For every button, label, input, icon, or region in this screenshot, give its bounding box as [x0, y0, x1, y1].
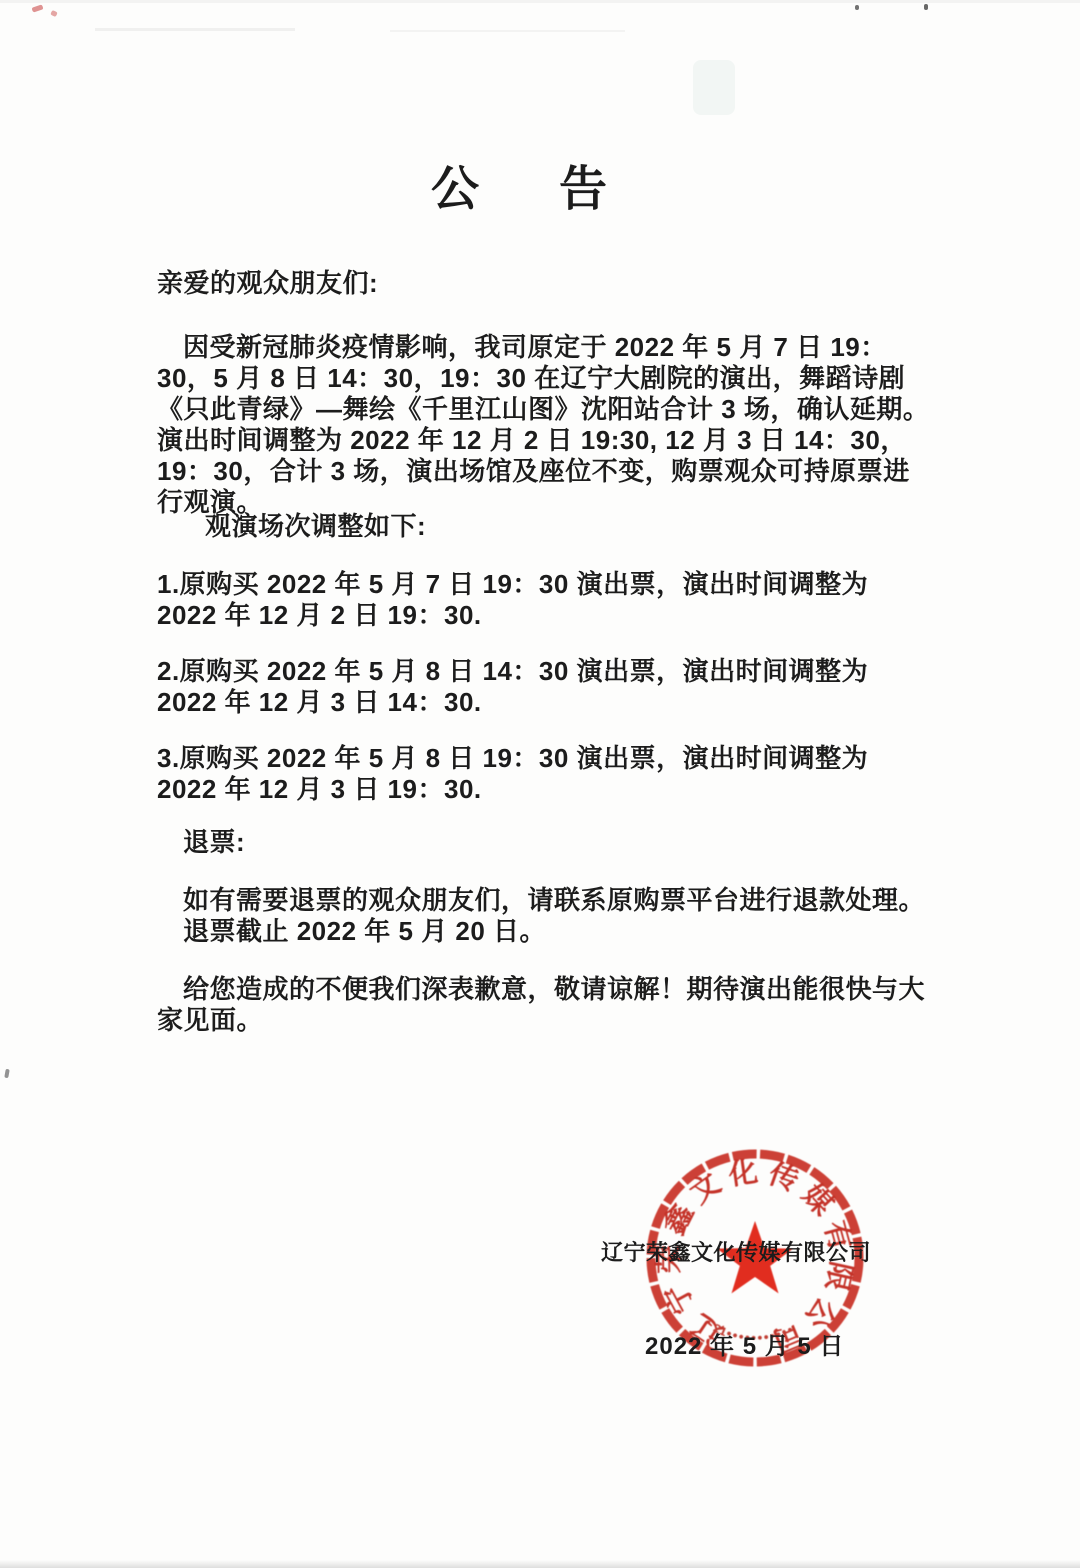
apology-line: 给您造成的不便我们深表歉意，敬请谅解！期待演出能很快与大家见面。 — [157, 974, 935, 1036]
schedule-intro-line: 观演场次调整如下: — [157, 511, 935, 542]
scan-speck-red — [31, 4, 43, 12]
scan-smudge — [693, 60, 735, 115]
scan-speck-red — [50, 10, 58, 17]
document-page: 公 告 亲爱的观众朋友们: 因受新冠肺炎疫情影响，我司原定于 2022 年 5 … — [0, 0, 1080, 1568]
svg-text:媒: 媒 — [796, 1177, 841, 1221]
schedule-item: 2.原购买 2022 年 5 月 8 日 14：30 演出票，演出时间调整为 2… — [157, 656, 935, 718]
greeting-line: 亲爱的观众朋友们: — [157, 268, 935, 299]
signature-company-name: 辽宁荣鑫文化传媒有限公司 — [601, 1236, 871, 1267]
scan-streak — [95, 28, 295, 31]
scan-speck-dark — [924, 4, 928, 10]
scan-speck-dark — [4, 1069, 10, 1079]
scan-streak — [390, 30, 625, 32]
page-top-edge-shadow — [0, 0, 1080, 3]
page-bottom-edge-shadow — [0, 1560, 1080, 1568]
signature-date: 2022 年 5 月 5 日 — [645, 1326, 844, 1361]
refund-instruction-line: 如有需要退票的观众朋友们，请联系原购票平台进行退款处理。 — [157, 885, 935, 916]
document-title: 公 告 — [0, 163, 1054, 216]
refund-heading: 退票: — [157, 827, 935, 858]
schedule-item: 3.原购买 2022 年 5 月 8 日 19：30 演出票，演出时间调整为 2… — [157, 743, 935, 805]
svg-text:化: 化 — [725, 1154, 759, 1192]
refund-deadline-line: 退票截止 2022 年 5 月 20 日。 — [157, 916, 935, 947]
schedule-item: 1.原购买 2022 年 5 月 7 日 19：30 演出票，演出时间调整为 2… — [157, 569, 935, 631]
scan-speck-dark — [855, 5, 859, 10]
intro-paragraph: 因受新冠肺炎疫情影响，我司原定于 2022 年 5 月 7 日 19：30，5 … — [157, 332, 935, 518]
